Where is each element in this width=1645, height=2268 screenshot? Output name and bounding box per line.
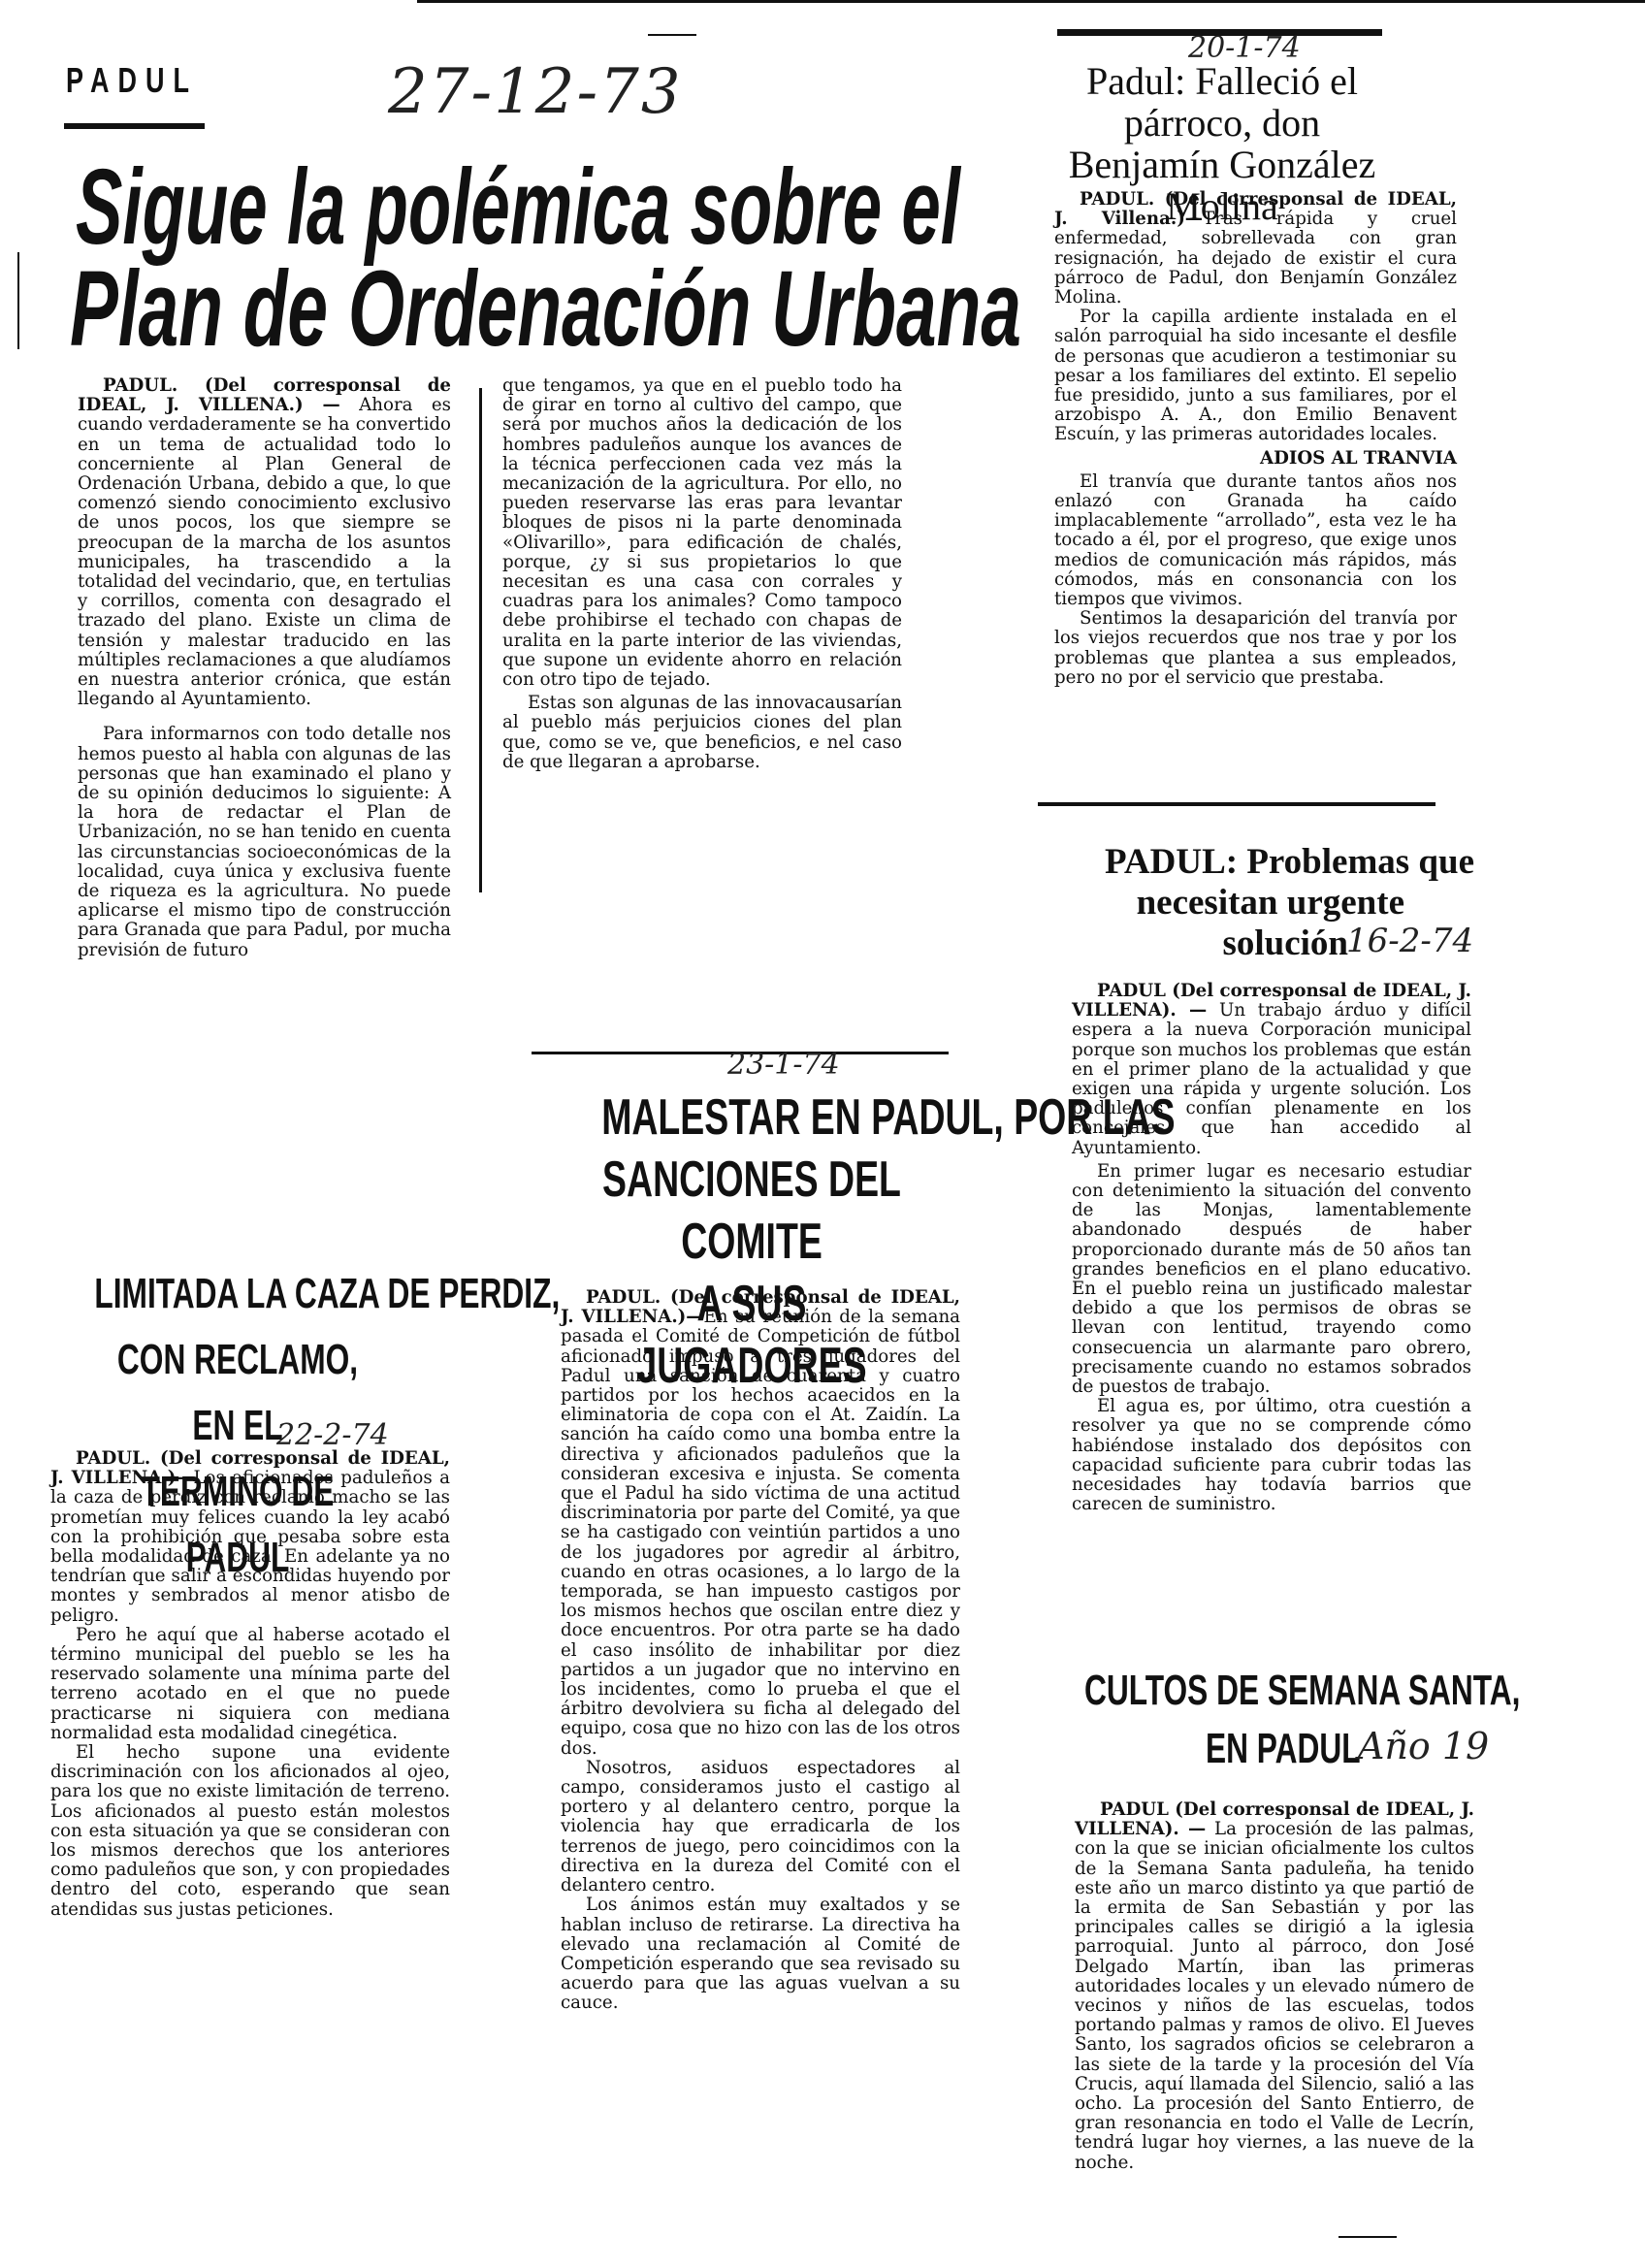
- column-rule: [479, 388, 482, 892]
- paragraph: El hecho supone una evidente discriminac…: [50, 1743, 450, 1920]
- bottom-tick: [1339, 2236, 1397, 2238]
- paragraph: El agua es, por último, otra cuestión a …: [1072, 1397, 1471, 1514]
- handwritten-date: 22-2-74: [276, 1418, 389, 1452]
- side-mark: [17, 252, 19, 349]
- paragraph: Por la capilla ardiente instalada en el …: [1054, 308, 1457, 444]
- paragraph: Para informarnos con todo detalle nos he…: [78, 725, 451, 959]
- headline-line-2: Plan de Ordenación Urbana: [70, 247, 1021, 371]
- headline-line-1: PADUL: Problemas que: [1067, 842, 1474, 883]
- top-tick: [648, 34, 696, 36]
- footer-rule: [1038, 802, 1435, 806]
- handwritten-date: 23-1-74: [727, 1048, 840, 1082]
- paragraph: que tengamos, ya que en el pueblo todo h…: [502, 376, 902, 690]
- paragraph: Los ánimos están muy exaltados y se habl…: [561, 1895, 960, 2013]
- paragraph: En su reunión de la semana pasada el Com…: [561, 1307, 960, 1758]
- paragraph: Los aficionados paduleños a la caza de p…: [50, 1468, 450, 1625]
- article-body: PADUL. (Del corresponsal de IDEAL, J. Vi…: [1054, 190, 1457, 688]
- handwritten-date: 16-2-74: [1346, 922, 1473, 960]
- headline-line-2: EN PADUL: [1206, 1725, 1361, 1773]
- paragraph: Ahora es cuando verdaderamente se ha con…: [78, 395, 451, 709]
- headline-line-1: MALESTAR EN PADUL, POR LAS: [601, 1086, 902, 1149]
- kicker: PADUL: [66, 60, 198, 101]
- article-body: PADUL (Del corresponsal de IDEAL, J. VIL…: [1072, 982, 1471, 1514]
- article-body: PADUL. (Del corresponsal de IDEAL, J. VI…: [50, 1449, 450, 1920]
- headline-line-1: LIMITADA LA CAZA DE PERDIZ,: [94, 1261, 380, 1327]
- paragraph: Nosotros, asiduos espectadores al campo,…: [561, 1759, 960, 1895]
- handwritten-date: Año 19: [1358, 1725, 1489, 1767]
- article-body: PADUL (Del corresponsal de IDEAL, J. VIL…: [1075, 1800, 1474, 2173]
- paragraph: Estas son algunas de las innovacausarían…: [502, 694, 902, 772]
- paragraph: El tranvía que durante tantos años nos e…: [1054, 472, 1457, 609]
- headline-line-2: necesitan urgente: [1067, 883, 1474, 923]
- subheading: ADIOS AL TRANVIA: [1054, 449, 1457, 469]
- headline-line-1: CULTOS DE SEMANA SANTA,: [1084, 1667, 1520, 1715]
- paragraph: Sentimos la desaparición del tranvía por…: [1054, 609, 1457, 688]
- top-rule: [417, 0, 1645, 3]
- article-body-col-2: que tengamos, ya que en el pueblo todo h…: [502, 376, 902, 772]
- article-body: PADUL. (Del corresponsal de IDEAL, J. VI…: [561, 1288, 960, 2014]
- paragraph: En primer lugar es necesario estudiar co…: [1072, 1162, 1471, 1397]
- paragraph: Pero he aquí que al haberse acotado el t…: [50, 1626, 450, 1743]
- article-body-col-1: PADUL. (Del corresponsal de IDEAL, J. VI…: [78, 376, 451, 960]
- paragraph: La procesión de las palmas, con la que s…: [1075, 1819, 1474, 2172]
- kicker-underline: [64, 123, 205, 129]
- handwritten-date: 27-12-73: [388, 56, 683, 128]
- headline-line-2: SANCIONES DEL COMITE: [601, 1149, 902, 1273]
